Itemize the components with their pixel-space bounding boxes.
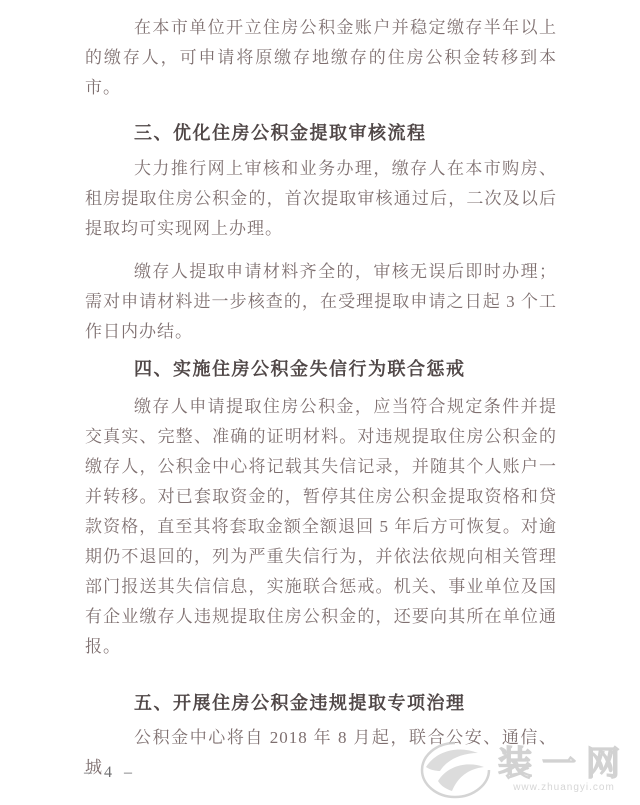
swoosh-bird-icon [416,739,494,801]
paragraph-online-processing: 大力推行网上审核和业务办理，缴存人在本市购房、租房提取住房公积金的，首次提取审核… [85,154,557,244]
paragraph-credit-penalty: 缴存人申请提取住房公积金，应当符合规定条件并提交真实、完整、准确的证明材料。对违… [85,392,557,662]
page-number: – 4 – [84,764,136,782]
section-heading-5: 五、开展住房公积金违规提取专项治理 [85,690,557,716]
paragraph-transfer-policy: 在本市单位开立住房公积金账户并稳定缴存半年以上的缴存人，可申请将原缴存地缴存的住… [85,13,557,103]
watermark-text-group: 装一网 www.zhuangyi.com [498,747,630,793]
watermark-brand-name: 装一网 [498,747,630,781]
section-heading-3: 三、优化住房公积金提取审核流程 [85,120,557,146]
document-body: 在本市单位开立住房公积金账户并稳定缴存半年以上的缴存人，可申请将原缴存地缴存的住… [0,0,640,783]
watermark-url: www.zhuangyi.com [498,782,630,793]
paragraph-review-timeline: 缴存人提取申请材料齐全的，审核无误后即时办理；需对申请材料进一步核查的，在受理提… [85,257,557,347]
watermark-logo: 装一网 www.zhuangyi.com [416,739,630,801]
section-heading-4: 四、实施住房公积金失信行为联合惩戒 [85,356,557,382]
document-page: 在本市单位开立住房公积金账户并稳定缴存半年以上的缴存人，可申请将原缴存地缴存的住… [0,0,640,805]
